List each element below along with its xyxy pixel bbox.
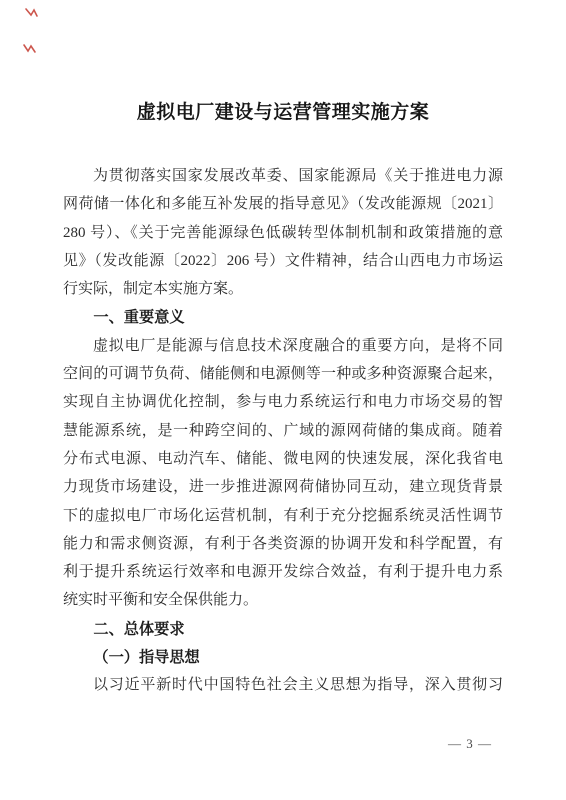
sub-heading-1: （一）指导思想: [63, 643, 503, 671]
section-heading-2: 二、总体要求: [63, 615, 503, 643]
paragraph-1-line: 280 号）、《关于完善能源绿色低碳转型体制机制和政策措施的意: [63, 219, 503, 247]
paragraph-2-line: 力现货市场建设，进一步推进源网荷储协同互动，建立现货背景: [63, 473, 503, 501]
paragraph-2-line: 利于提升系统运行效率和电源开发综合效益，有利于提升电力系: [63, 558, 503, 586]
paragraph-2-line: 虚拟电厂是能源与信息技术深度融合的重要方向，是将不同: [63, 332, 503, 360]
paragraph-2-line: 统实时平衡和安全保供能力。: [63, 586, 503, 614]
document-body: 为贯彻落实国家发展改革委、国家能源局《关于推进电力源 网荷储一体化和多能互补发展…: [63, 162, 503, 700]
paragraph-1-line: 网荷储一体化和多能互补发展的指导意见》（发改能源规〔2021〕: [63, 190, 503, 218]
paragraph-2-line: 实现自主协调优化控制，参与电力系统运行和电力市场交易的智: [63, 388, 503, 416]
page-number: — 3 —: [448, 736, 492, 752]
paragraph-1-line: 为贯彻落实国家发展改革委、国家能源局《关于推进电力源: [63, 162, 503, 190]
paragraph-1-line: 见》（发改能源〔2022〕206 号）文件精神，结合山西电力市场运: [63, 247, 503, 275]
red-ink-marks: [20, 5, 42, 57]
paragraph-3-line: 以习近平新时代中国特色社会主义思想为指导，深入贯彻习: [63, 671, 503, 699]
red-ink-mark-bottom: [24, 45, 35, 52]
paragraph-2-line: 空间的可调节负荷、储能侧和电源侧等一种或多种资源聚合起来，: [63, 360, 503, 388]
document-page: 虚拟电厂建设与运营管理实施方案 为贯彻落实国家发展改革委、国家能源局《关于推进电…: [0, 0, 566, 800]
document-title: 虚拟电厂建设与运营管理实施方案: [0, 97, 566, 124]
paragraph-2-line: 慧能源系统，是一种跨空间的、广域的源网荷储的集成商。随着: [63, 417, 503, 445]
section-heading-1: 一、重要意义: [63, 303, 503, 331]
paragraph-2-line: 能力和需求侧资源，有利于各类资源的协调开发和科学配置，有: [63, 530, 503, 558]
paragraph-2-line: 下的虚拟电厂市场化运营机制，有利于充分挖掘系统灵活性调节: [63, 502, 503, 530]
paragraph-2-line: 分布式电源、电动汽车、储能、微电网的快速发展，深化我省电: [63, 445, 503, 473]
paragraph-1-line: 行实际，制定本实施方案。: [63, 275, 503, 303]
red-ink-mark-top: [26, 9, 37, 16]
